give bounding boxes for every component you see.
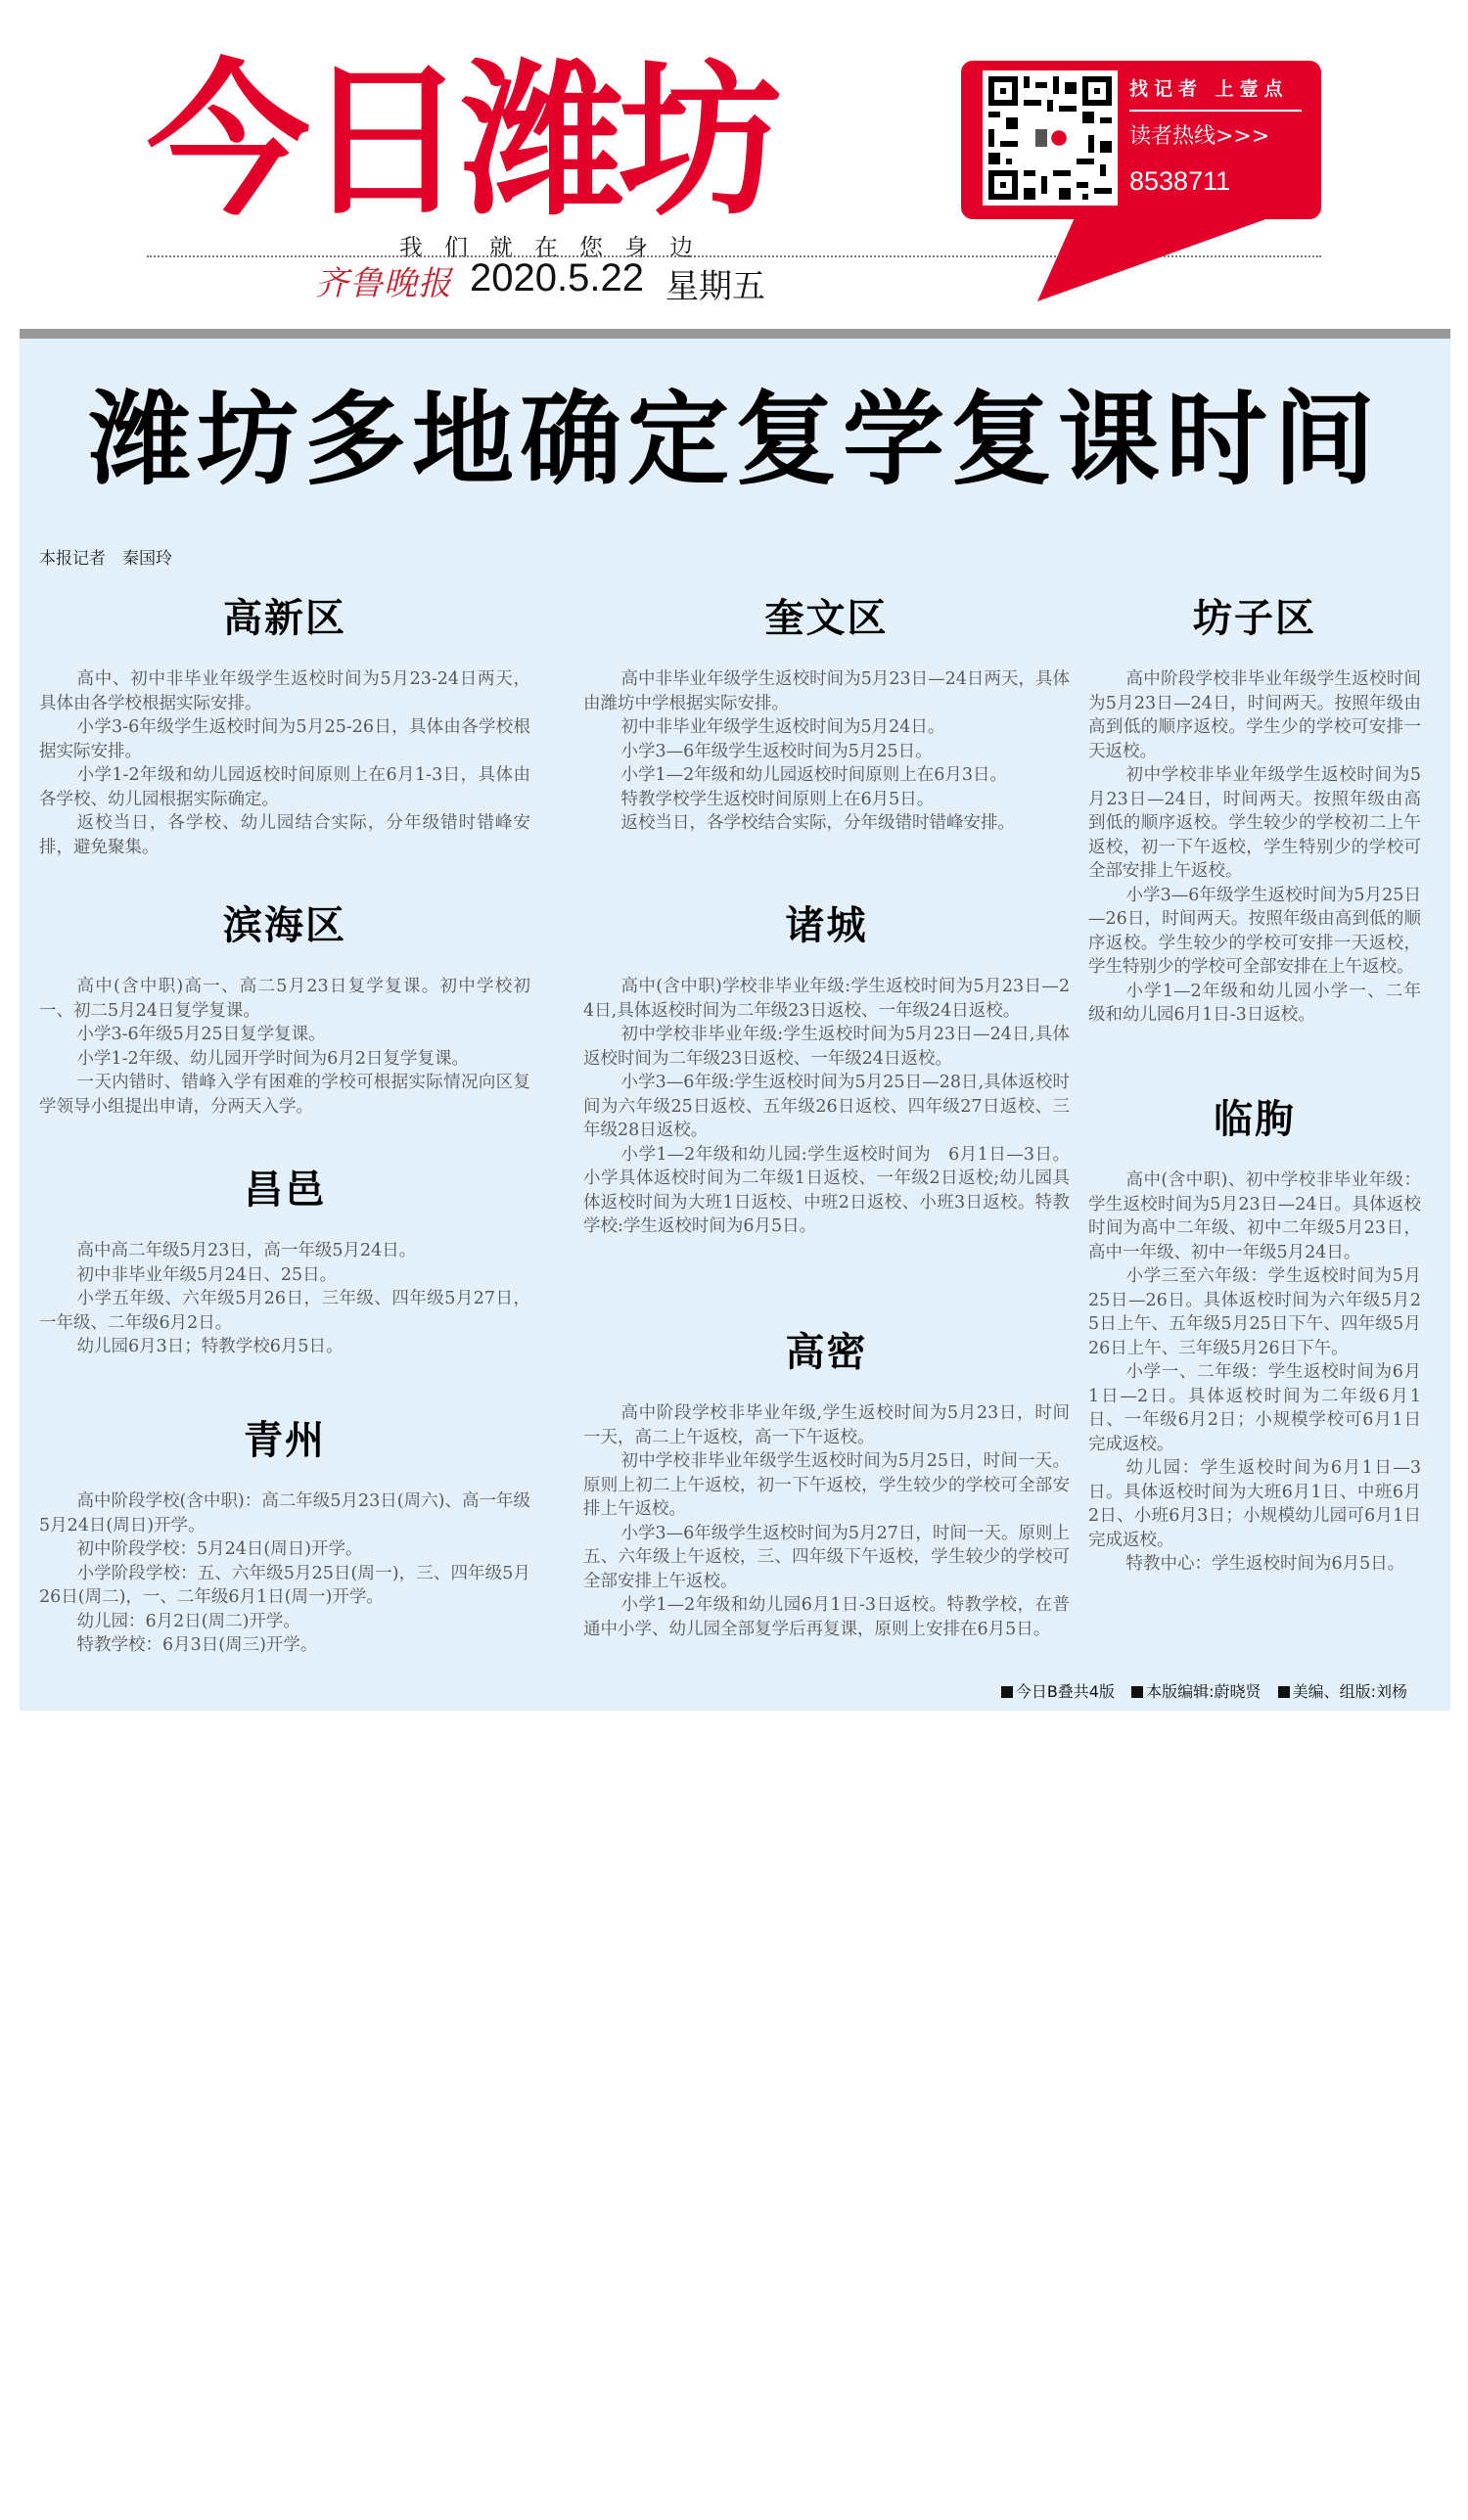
- paragraph: 小学一、二年级：学生返校时间为6月1日—2日。具体返校时间为二年级6月1日、一年…: [1088, 1360, 1421, 1456]
- article-top-bar: [20, 329, 1450, 339]
- section-qingzhou: 青州 高中阶段学校(含中职)：高二年级5月23日(周六)、高一年级5月24日(周…: [39, 1413, 530, 1658]
- section-linqu: 临朐 高中(含中职)、初中学校非毕业年级：学生返校时间为5月23日—24日。具体…: [1088, 1092, 1421, 1577]
- paragraph: 初中阶段学校：5月24日(周日)开学。: [39, 1537, 530, 1562]
- issue-weekday: 星期五: [665, 259, 765, 307]
- paragraph: 高中非毕业年级学生返校时间为5月23日—24日两天，具体由潍坊中学根据实际安排。: [583, 667, 1070, 715]
- section-gaoxin: 高新区 高中、初中非毕业年级学生返校时间为5月23-24日两天，具体由各学校根据…: [39, 591, 530, 859]
- paragraph: 小学1—2年级和幼儿园小学一、二年级和幼儿园6月1日-3日返校。: [1088, 980, 1421, 1028]
- square-bullet-icon: [1131, 1686, 1143, 1698]
- masthead: 今日潍坊 我们就在您身边 齐鲁晚报 2020.5.22 星期五: [0, 0, 1468, 323]
- page-credits: 今日B叠共4版 本版编辑:蔚晓贤 美编、组版:刘杨: [989, 1679, 1407, 1702]
- section-changyi: 昌邑 高中高二年级5月23日，高一年级5月24日。 初中非毕业年级5月24日、2…: [39, 1163, 530, 1359]
- reader-hotline-label: 读者热线>>>: [1129, 119, 1269, 150]
- paragraph: 高中(含中职)学校非毕业年级:学生返校时间为5月23日—24日,具体返校时间为二…: [583, 975, 1070, 1023]
- credit-edition: 今日B叠共4版: [1001, 1682, 1115, 1701]
- paragraph: 高中(含中职)高一、高二5月23日复学复课。初中学校初一、初二5月24日复学复课…: [39, 975, 530, 1023]
- paragraph: 一天内错时、错峰入学有困难的学校可根据实际情况向区复学领导小组提出申请，分两天入…: [39, 1071, 530, 1119]
- section-zhucheng: 诸城 高中(含中职)学校非毕业年级:学生返校时间为5月23日—24日,具体返校时…: [583, 898, 1070, 1239]
- paragraph: 特教学校：6月3日(周三)开学。: [39, 1633, 530, 1658]
- paragraph: 小学3—6年级学生返校时间为5月25日。: [583, 740, 1070, 764]
- paragraph: 小学1—2年级和幼儿园返校时间原则上在6月3日。: [583, 763, 1070, 788]
- bubble-divider: [1129, 110, 1302, 112]
- credit-editor: 本版编辑:蔚晓贤: [1131, 1682, 1261, 1701]
- section-gaomi: 高密 高中阶段学校非毕业年级,学生返校时间为5月23日，时间一天，高二上午返校，…: [583, 1325, 1070, 1641]
- qr-code-icon[interactable]: [983, 70, 1118, 206]
- paragraph: 初中非毕业年级学生返校时间为5月24日。: [583, 715, 1070, 740]
- paragraph: 特教中心：学生返校时间为6月5日。: [1088, 1552, 1421, 1577]
- section-fangzi: 坊子区 高中阶段学校非毕业年级学生返校时间为5月23日—24日，时间两天。按照年…: [1088, 591, 1421, 1028]
- square-bullet-icon: [1278, 1686, 1290, 1698]
- square-bullet-icon: [1001, 1686, 1013, 1698]
- paragraph: 高中、初中非毕业年级学生返校时间为5月23-24日两天，具体由各学校根据实际安排…: [39, 667, 530, 715]
- paragraph: 小学1-2年级、幼儿园开学时间为6月2日复学复课。: [39, 1047, 530, 1072]
- paragraph: 特教学校学生返校时间原则上在6月5日。: [583, 788, 1070, 812]
- section-title: 滨海区: [39, 898, 530, 953]
- issue-date: 2020.5.22: [470, 256, 644, 300]
- article-byline: 本报记者 秦国玲: [39, 544, 172, 569]
- section-binhai: 滨海区 高中(含中职)高一、高二5月23日复学复课。初中学校初一、初二5月24日…: [39, 898, 530, 1119]
- paragraph: 小学1-2年级和幼儿园返校时间原则上在6月1-3日，具体由各学校、幼儿园根据实际…: [39, 763, 530, 811]
- paragraph: 幼儿园：6月2日(周二)开学。: [39, 1610, 530, 1634]
- paragraph: 初中学校非毕业年级学生返校时间为5月23日—24日，时间两天。按照年级由高到低的…: [1088, 763, 1421, 884]
- paragraph: 初中学校非毕业年级:学生返校时间为5月23日—24日,具体返校时间为二年级23日…: [583, 1023, 1070, 1071]
- paragraph: 返校当日，各学校结合实际，分年级错时错峰安排。: [583, 811, 1070, 836]
- section-title: 高密: [583, 1325, 1070, 1380]
- paragraph: 初中非毕业年级5月24日、25日。: [39, 1263, 530, 1288]
- paragraph: 小学1—2年级和幼儿园:学生返校时间为 6月1日—3日。小学具体返校时间为二年级…: [583, 1143, 1070, 1239]
- paragraph: 高中(含中职)、初中学校非毕业年级：学生返校时间为5月23日—24日。具体返校时…: [1088, 1168, 1421, 1264]
- reader-hotline-bubble: 找记者 上壹点 读者热线>>> 8538711: [961, 61, 1321, 219]
- paragraph: 小学三至六年级：学生返校时间为5月25日—26日。具体返校时间为六年级5月25日…: [1088, 1264, 1421, 1360]
- paragraph: 小学3-6年级5月25日复学复课。: [39, 1023, 530, 1047]
- section-kuiwen: 奎文区 高中非毕业年级学生返校时间为5月23日—24日两天，具体由潍坊中学根据实…: [583, 591, 1070, 836]
- paper-name-logo: 齐鲁晚报: [315, 256, 452, 304]
- paragraph: 高中阶段学校非毕业年级,学生返校时间为5月23日，时间一天，高二上午返校，高一下…: [583, 1401, 1070, 1449]
- paragraph: 小学3—6年级学生返校时间为5月25日—26日，时间两天。按照年级由高到低的顺序…: [1088, 884, 1421, 980]
- paragraph: 小学3—6年级学生返校时间为5月27日，时间一天。原则上五、六年级上午返校，三、…: [583, 1522, 1070, 1594]
- credit-layout: 美编、组版:刘杨: [1278, 1682, 1407, 1701]
- section-title: 诸城: [583, 898, 1070, 953]
- section-title: 昌邑: [39, 1163, 530, 1217]
- paragraph: 小学3—6年级:学生返校时间为5月25日—28日,具体返校时间为六年级25日返校…: [583, 1071, 1070, 1143]
- paragraph: 小学五年级、六年级5月26日，三年级、四年级5月27日，一年级、二年级6月2日。: [39, 1287, 530, 1335]
- section-title: 奎文区: [583, 591, 1070, 646]
- hotline-phone-number[interactable]: 8538711: [1129, 166, 1230, 197]
- speech-bubble-tail-icon: [1037, 213, 1282, 301]
- paragraph: 高中阶段学校(含中职)：高二年级5月23日(周六)、高一年级5月24日(周日)开…: [39, 1489, 530, 1537]
- find-reporter-label: 找记者 上壹点: [1129, 74, 1289, 101]
- article-headline: 潍坊多地确定复学复课时间: [20, 376, 1450, 503]
- section-title: 坊子区: [1088, 591, 1421, 646]
- paragraph: 初中学校非毕业年级学生返校时间为5月25日，时间一天。原则上初二上午返校，初一下…: [583, 1449, 1070, 1522]
- section-title: 临朐: [1088, 1092, 1421, 1147]
- paragraph: 幼儿园6月3日；特教学校6月5日。: [39, 1335, 530, 1359]
- paragraph: 小学3-6年级学生返校时间为5月25-26日，具体由各学校根据实际安排。: [39, 715, 530, 763]
- section-title: 高新区: [39, 591, 530, 646]
- paragraph: 幼儿园：学生返校时间为6月1日—3日。具体返校时间为大班6月1日、中班6月2日、…: [1088, 1456, 1421, 1552]
- paragraph: 小学阶段学校：五、六年级5月25日(周一)，三、四年级5月26日(周二)，一、二…: [39, 1562, 530, 1610]
- paragraph: 高中阶段学校非毕业年级学生返校时间为5月23日—24日，时间两天。按照年级由高到…: [1088, 667, 1421, 763]
- paragraph: 返校当日，各学校、幼儿园结合实际，分年级错时错峰安排，避免聚集。: [39, 811, 530, 859]
- article-panel: 潍坊多地确定复学复课时间 本报记者 秦国玲 高新区 高中、初中非毕业年级学生返校…: [20, 339, 1450, 1711]
- section-title: 青州: [39, 1413, 530, 1468]
- masthead-title: 今日潍坊: [147, 57, 914, 228]
- paragraph: 高中高二年级5月23日，高一年级5月24日。: [39, 1239, 530, 1263]
- paragraph: 小学1—2年级和幼儿园6月1日-3日返校。特教学校，在普通中小学、幼儿园全部复学…: [583, 1593, 1070, 1641]
